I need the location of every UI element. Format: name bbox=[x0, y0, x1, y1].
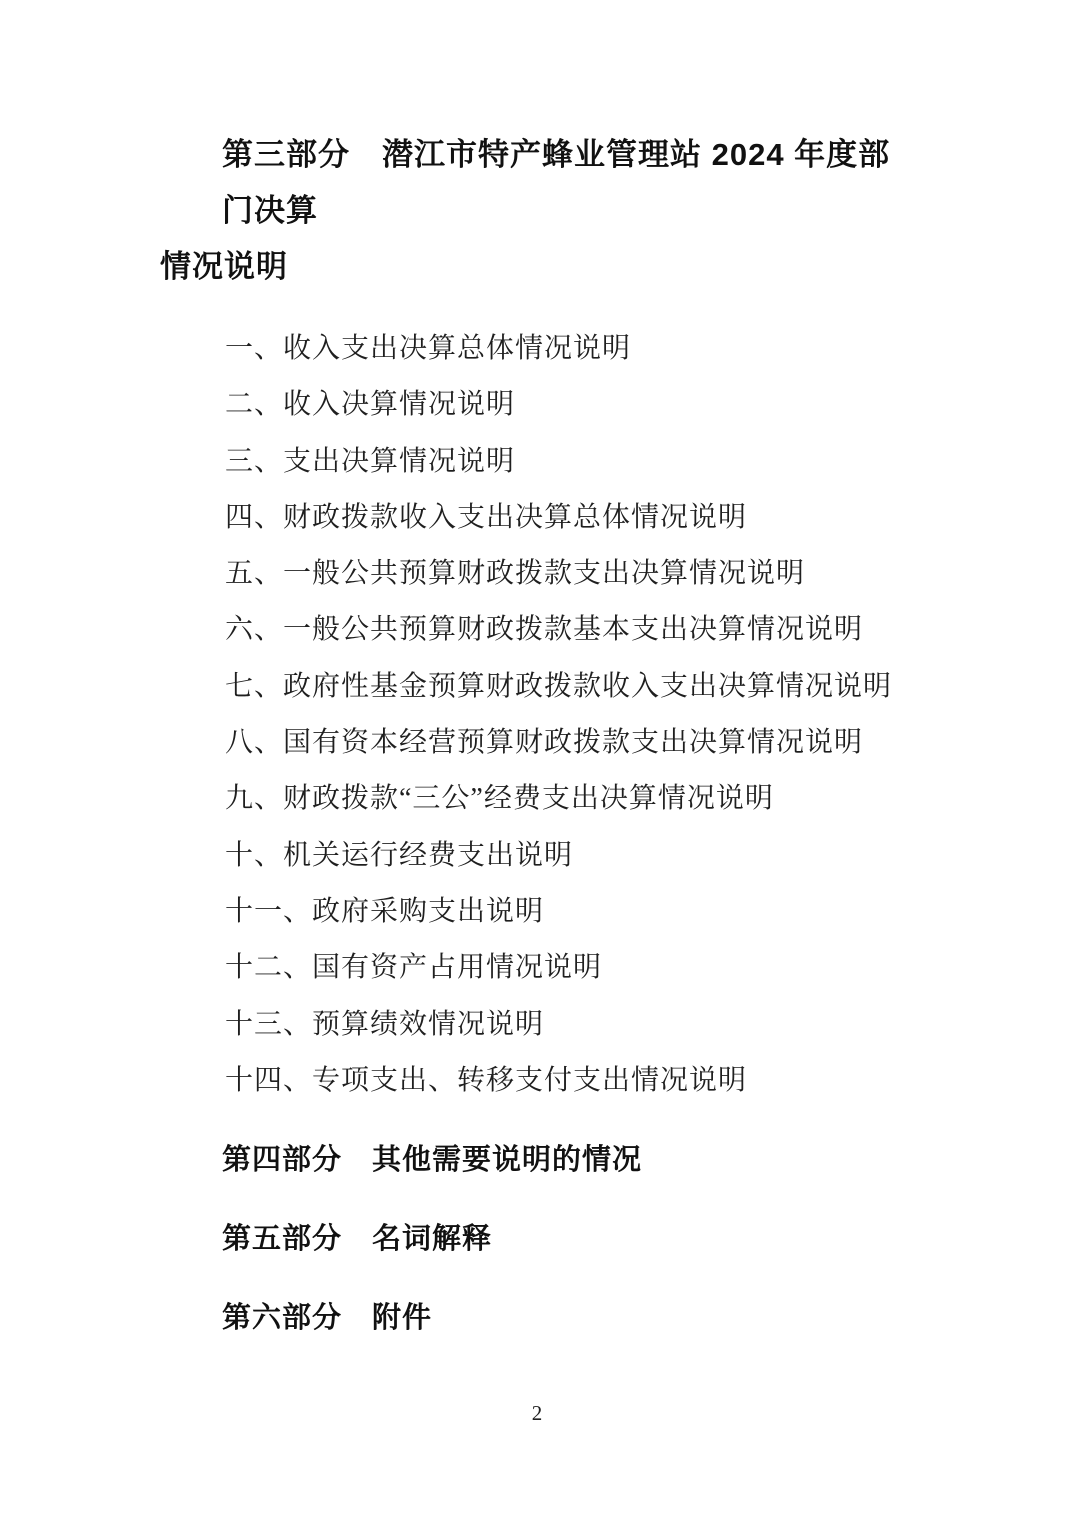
toc-item: 十、机关运行经费支出说明 bbox=[160, 828, 922, 884]
part-heading-4-title: 其他需要说明的情况 bbox=[372, 1144, 642, 1176]
document-page: 第三部分 潜江市特产蜂业管理站 2024 年度部门决算 情况说明 一、收入支出决… bbox=[0, 0, 1074, 1520]
part-heading-5-label: 第五部分 bbox=[222, 1223, 342, 1255]
toc-list: 一、收入支出决算总体情况说明 二、收入决算情况说明 三、支出决算情况说明 四、财… bbox=[160, 321, 922, 1109]
toc-item: 十三、预算绩效情况说明 bbox=[160, 997, 922, 1053]
toc-item: 十四、专项支出、转移支付支出情况说明 bbox=[160, 1053, 922, 1109]
part-heading-5: 第五部分名词解释 bbox=[160, 1211, 922, 1267]
toc-item: 十一、政府采购支出说明 bbox=[160, 884, 922, 940]
part-heading-6-label: 第六部分 bbox=[222, 1302, 342, 1334]
toc-item: 九、财政拨款“三公”经费支出决算情况说明 bbox=[160, 771, 922, 827]
toc-item: 七、政府性基金预算财政拨款收入支出决算情况说明 bbox=[160, 659, 922, 715]
toc-item: 八、国有资本经营预算财政拨款支出决算情况说明 bbox=[160, 715, 922, 771]
toc-item: 十二、国有资产占用情况说明 bbox=[160, 940, 922, 996]
part-heading-6-title: 附件 bbox=[372, 1302, 432, 1334]
toc-item: 五、一般公共预算财政拨款支出决算情况说明 bbox=[160, 546, 922, 602]
toc-item: 四、财政拨款收入支出决算总体情况说明 bbox=[160, 490, 922, 546]
document-title: 第三部分 潜江市特产蜂业管理站 2024 年度部门决算 情况说明 bbox=[160, 127, 922, 295]
part-heading-6: 第六部分附件 bbox=[160, 1290, 922, 1346]
toc-item: 三、支出决算情况说明 bbox=[160, 434, 922, 490]
part-heading-5-title: 名词解释 bbox=[372, 1223, 492, 1255]
toc-item: 一、收入支出决算总体情况说明 bbox=[160, 321, 922, 377]
page-number: 2 bbox=[0, 1398, 1074, 1428]
toc-item: 二、收入决算情况说明 bbox=[160, 377, 922, 433]
toc-item: 六、一般公共预算财政拨款基本支出决算情况说明 bbox=[160, 602, 922, 658]
document-title-line1: 第三部分 潜江市特产蜂业管理站 2024 年度部门决算 bbox=[160, 127, 922, 239]
document-content: 第三部分 潜江市特产蜂业管理站 2024 年度部门决算 情况说明 一、收入支出决… bbox=[160, 0, 922, 1346]
document-title-line2: 情况说明 bbox=[160, 239, 922, 295]
part-heading-4-label: 第四部分 bbox=[222, 1144, 342, 1176]
part-heading-4: 第四部分其他需要说明的情况 bbox=[160, 1132, 922, 1188]
